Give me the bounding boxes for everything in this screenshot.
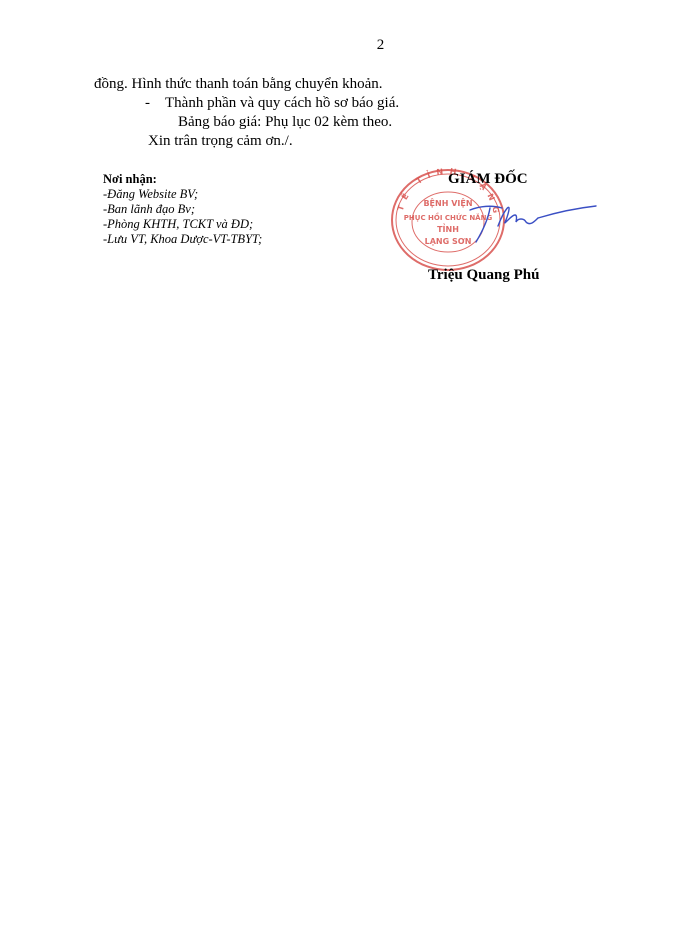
quotation-appendix-line: Bảng báo giá: Phụ lục 02 kèm theo. (178, 114, 392, 131)
closing-thanks: Xin trân trọng cảm ơn./. (148, 133, 293, 150)
bullet-text: Thành phần và quy cách hồ sơ báo giá. (165, 95, 399, 111)
signature-block: GIÁM ĐỐC SỞ Y TẾ TỈNH LẠNG SƠN BỆNH VIỆN… (388, 168, 608, 288)
bullet-item-dossier: -Thành phần và quy cách hồ sơ báo giá. (145, 95, 399, 112)
signer-title: GIÁM ĐỐC (448, 171, 528, 188)
bullet-dash: - (145, 95, 165, 112)
signer-name: Triệu Quang Phú (428, 267, 539, 284)
recipient-item: -Phòng KHTH, TCKT và ĐD; (103, 217, 262, 232)
svg-text:TỈNH: TỈNH (437, 223, 459, 234)
recipients-block: Nơi nhận: -Đăng Website BV; -Ban lãnh đạ… (103, 172, 262, 247)
page-number: 2 (38, 37, 685, 54)
handwritten-signature-icon (468, 196, 598, 246)
recipient-item: -Đăng Website BV; (103, 187, 262, 202)
recipients-title: Nơi nhận: (103, 172, 262, 187)
payment-method-line: đồng. Hình thức thanh toán bằng chuyển k… (94, 76, 383, 93)
recipient-item: -Ban lãnh đạo Bv; (103, 202, 262, 217)
svg-text:LẠNG SƠN: LẠNG SƠN (425, 237, 472, 246)
recipient-item: -Lưu VT, Khoa Dược-VT-TBYT; (103, 232, 262, 247)
svg-text:BỆNH VIỆN: BỆNH VIỆN (423, 198, 472, 208)
